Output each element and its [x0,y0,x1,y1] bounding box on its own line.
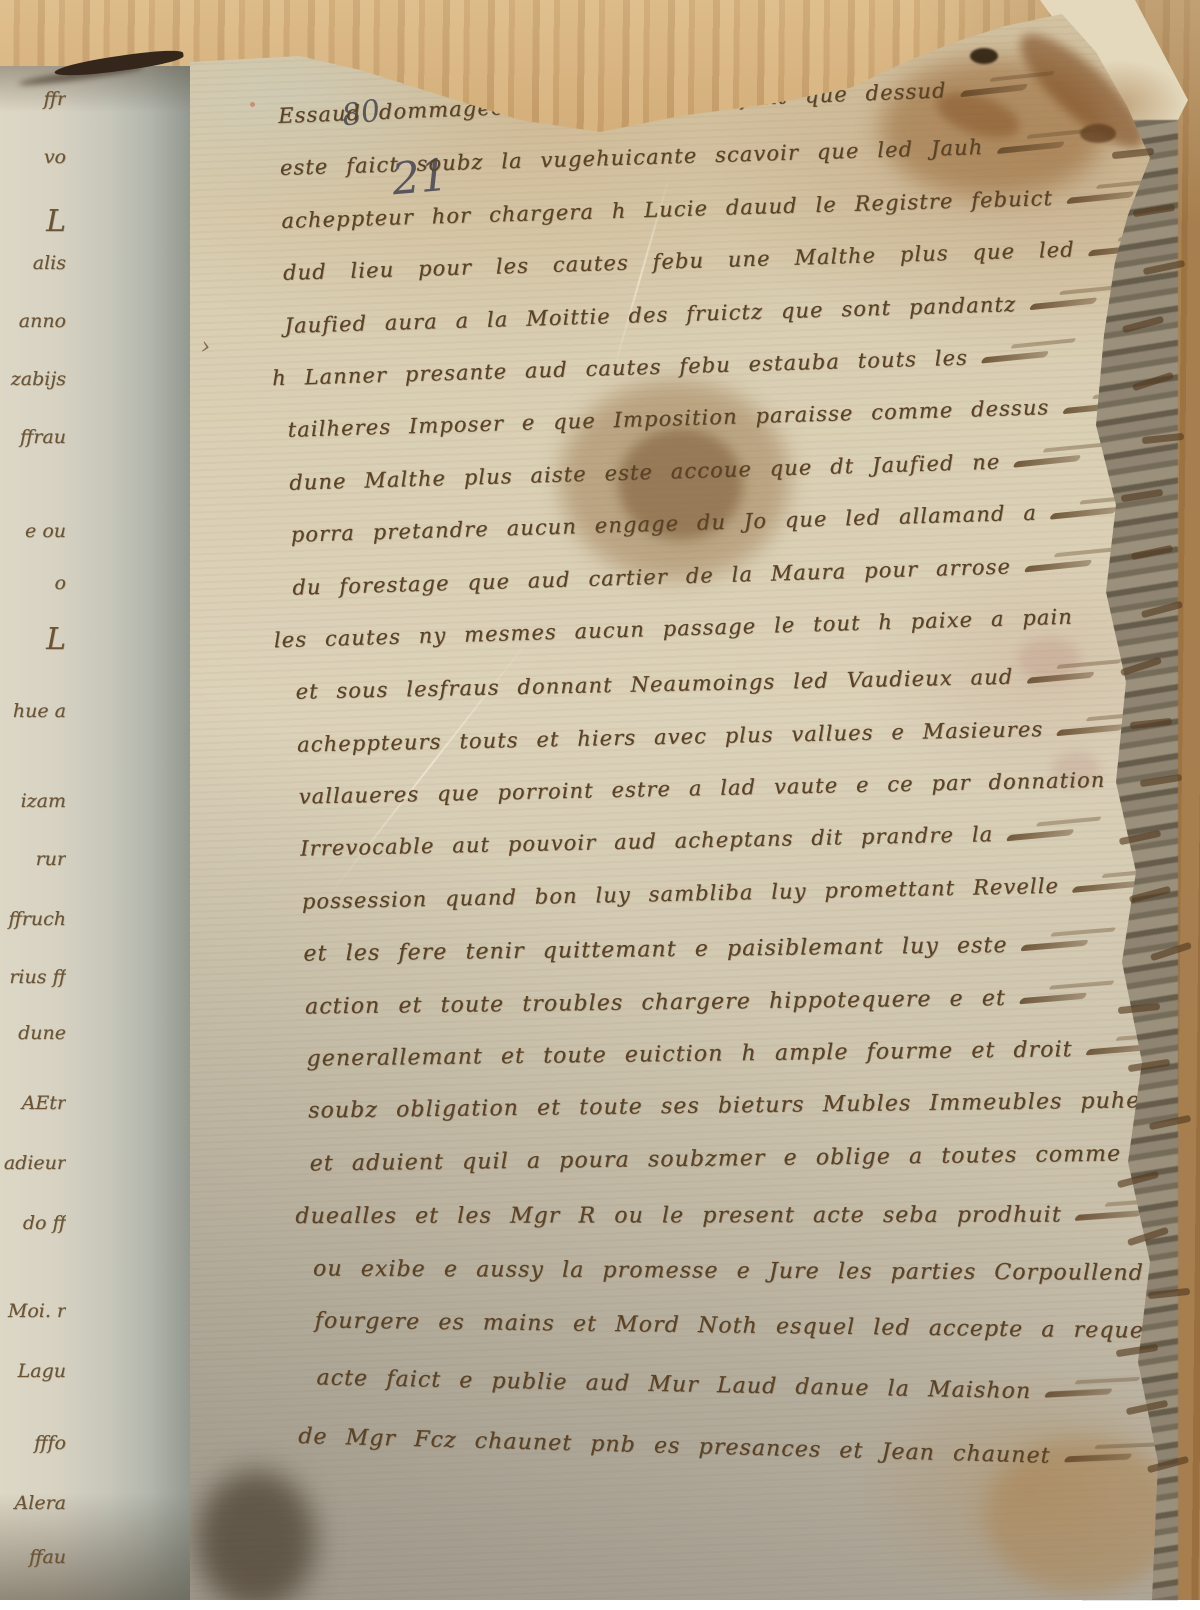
line-filler-stroke [1006,829,1075,841]
manuscript-line-text: duealles et les Mgr R ou le present acte… [295,1203,1061,1229]
line-filler-stroke [1071,880,1140,892]
line-filler-stroke [1063,1453,1133,1462]
line-filler-stroke [1074,1210,1144,1221]
manuscript-line-text: de Mgr Fcz chaunet pnb es presances et J… [298,1424,1051,1469]
facing-page-text-fragment: Lagu [0,1360,66,1382]
facing-page-text-fragment: rur [0,848,66,870]
line-filler-stroke [980,351,1049,364]
manuscript-line: et aduient quil a poura soubzmer e oblig… [310,1141,1171,1204]
manuscript-line: ou exibe e aussy la promesse e Jure les … [313,1256,1173,1313]
facing-page-text-fragment: ffr [0,88,66,110]
facing-page-text-fragment: L [0,204,66,239]
line-filler-stroke [1043,1389,1113,1399]
facing-page-text-fragment: e ou [0,520,66,542]
facing-page-text-fragment: anno [0,310,66,332]
binding-shadow [196,1470,316,1600]
ink-blot [970,48,998,64]
facing-page-text-fragment: izam [0,790,66,812]
manuscript-line-text: acte faict e publie aud Mur Laud danue l… [316,1366,1031,1405]
manuscript-line: fourgere es mains et Mord Noth esquel le… [314,1308,1175,1371]
line-filler-stroke [1026,671,1095,683]
line-filler-stroke [996,141,1065,154]
facing-page-text-fragment: AEtr [0,1092,66,1114]
line-filler-stroke [1023,560,1092,573]
facing-page-text-fragment: vo [0,146,66,168]
facing-page-text-fragment: ffau [0,1546,66,1568]
line-filler-stroke [959,83,1028,97]
line-filler-stroke [1018,992,1087,1004]
facing-page-text-fragment: zabijs [0,368,66,390]
facing-page-text-fragment: hue a [0,700,66,722]
line-filler-stroke [1013,455,1082,468]
line-filler-stroke [1065,191,1134,204]
facing-page-text-fragment: ffruch [0,908,66,930]
facing-page-text-fragment: do ff [0,1212,66,1234]
facing-page-text-fragment: fffo [0,1432,66,1454]
facing-page-text-fragment: Moi. r [0,1300,66,1322]
facing-page-text-fragment: L [0,622,66,657]
manuscript-text: Essaud dommagée Interessés et le font qu… [278,78,1178,1475]
line-filler-stroke [1056,723,1125,735]
manuscript-line-text: ou exibe e aussy la promesse e Jure les … [313,1256,1144,1285]
line-filler-stroke [1049,506,1118,519]
facing-page-text-fragment: alis [0,252,66,274]
manuscript-line-text: fourgere es mains et Mord Noth esquel le… [315,1308,1176,1344]
line-filler-stroke [1020,940,1089,952]
facing-page-text-fragment: rius ff [0,966,66,988]
manuscript-line: acte faict e publie aud Mur Laud danue l… [316,1366,1177,1435]
line-filler-stroke [1029,297,1098,310]
facing-page-text-fragment: adieur [0,1152,66,1174]
facing-page-text-fragment: ffrau [0,426,66,448]
manuscript-line: duealles et les Mgr R ou le present acte… [295,1203,1171,1257]
facing-page-text-fragment: dune [0,1022,66,1044]
facing-page-text-fragment: o [0,572,66,594]
facing-page-text-fragment: Alera [0,1492,66,1514]
red-speck [250,102,255,107]
